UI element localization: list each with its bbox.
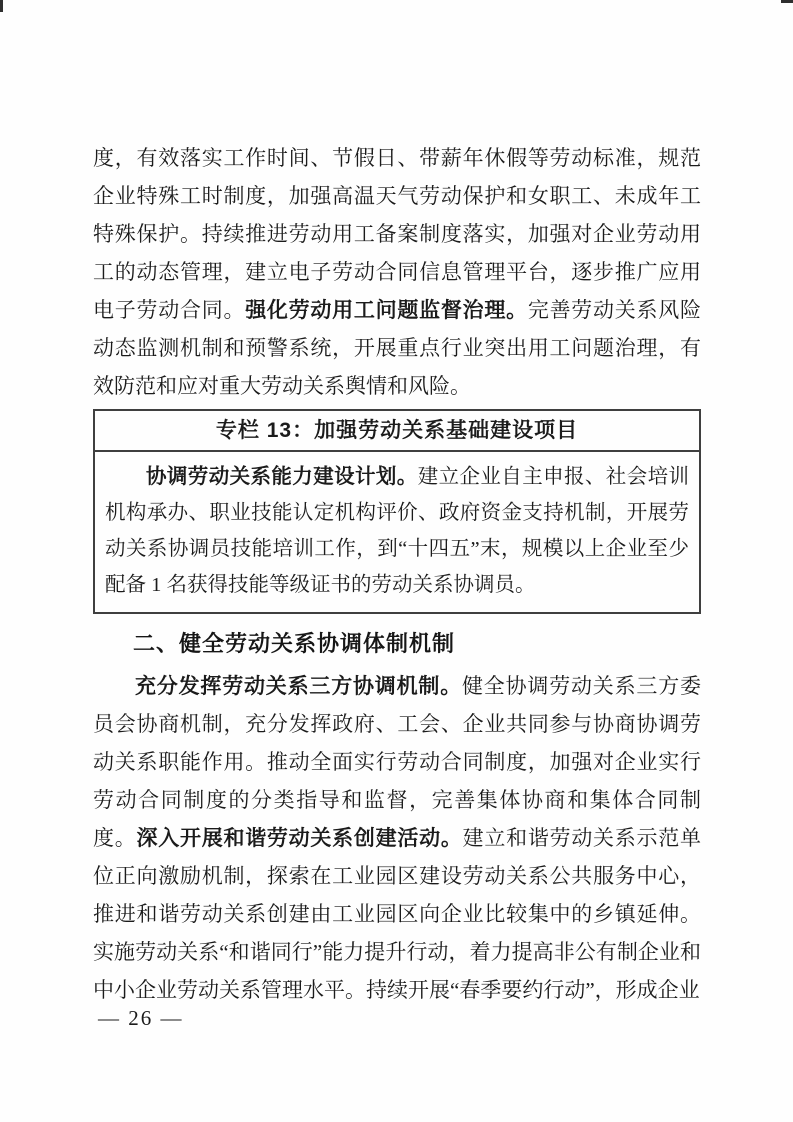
callout-box-body: 协调劳动关系能力建设计划。建立企业自主申报、社会培训机构承办、职业技能认定机构评… <box>95 452 699 612</box>
paragraph-run: 健全协调劳动关系三方委员会协商机制，充分发挥政府、工会、企业共同参与协商协调劳动… <box>93 674 701 850</box>
callout-bold-run: 协调劳动关系能力建设计划。 <box>146 466 418 488</box>
paragraph-coordination-mechanism: 充分发挥劳动关系三方协调机制。健全协调劳动关系三方委员会协商机制，充分发挥政府、… <box>93 667 701 1009</box>
callout-box-column-13: 专栏 13：加强劳动关系基础建设项目 协调劳动关系能力建设计划。建立企业自主申报… <box>93 409 701 614</box>
page-content: 度，有效落实工作时间、节假日、带薪年休假等劳动标准，规范企业特殊工时制度，加强高… <box>93 139 701 1009</box>
callout-box-title: 专栏 13：加强劳动关系基础建设项目 <box>95 411 699 452</box>
paragraph-bold-run: 强化劳动用工问题监督治理。 <box>245 298 528 322</box>
document-page: 度，有效落实工作时间、节假日、带薪年休假等劳动标准，规范企业特殊工时制度，加强高… <box>0 0 793 1122</box>
section-heading-two: 二、健全劳动关系协调体制机制 <box>93 629 701 659</box>
paragraph-run: 建立和谐劳动关系示范单位正向激励机制，探索在工业园区建设劳动关系公共服务中心，推… <box>93 826 701 1002</box>
paragraph-bold-run: 深入开展和谐劳动关系创建活动。 <box>136 826 462 850</box>
paragraph-bold-run: 充分发挥劳动关系三方协调机制。 <box>135 674 462 698</box>
page-number: — 26 — <box>98 1006 184 1031</box>
paragraph-run: 度，有效落实工作时间、节假日、带薪年休假等劳动标准，规范企业特殊工时制度，加强高… <box>93 146 701 322</box>
scan-corner-mark-top-right <box>781 0 793 3</box>
paragraph-labor-standards: 度，有效落实工作时间、节假日、带薪年休假等劳动标准，规范企业特殊工时制度，加强高… <box>93 139 701 405</box>
scan-corner-mark-top-left <box>0 0 3 12</box>
